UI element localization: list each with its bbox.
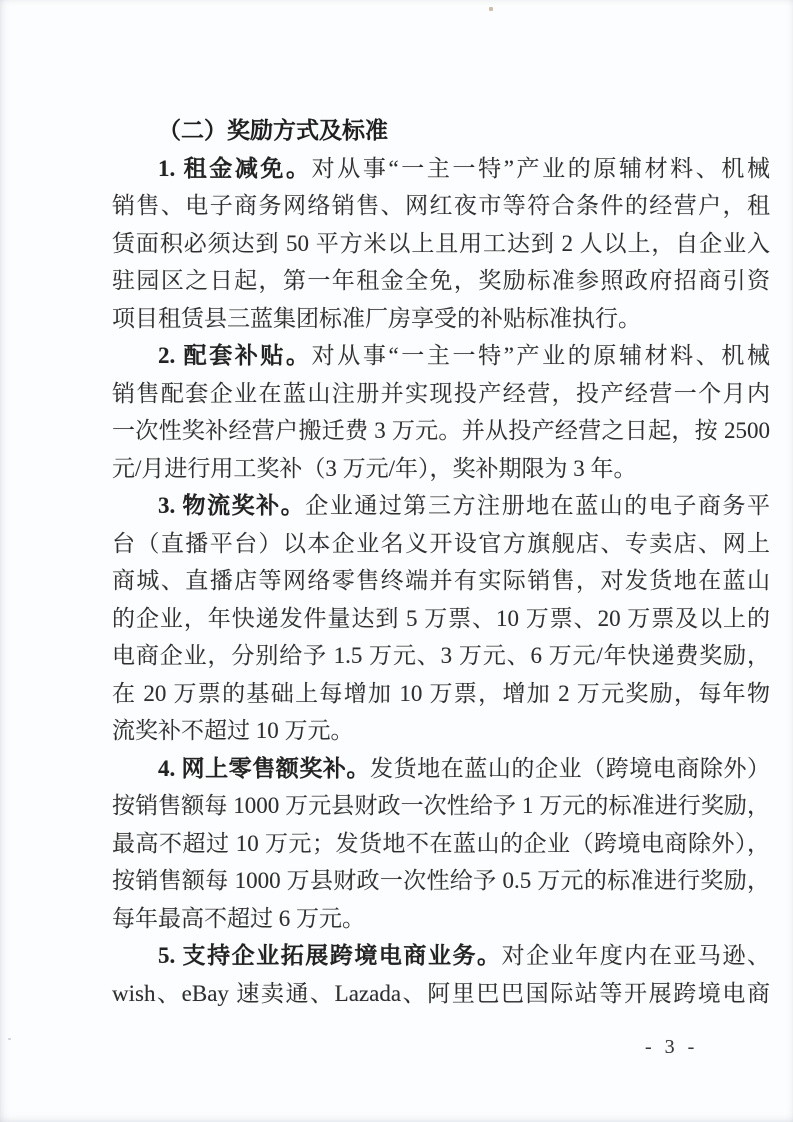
text-line: 商城、直播店等网络零售终端并有实际销售，对发货地在蓝山 [112, 562, 770, 600]
text-line: 赁面积必须达到 50 平方米以上且用工达到 2 人以上，自企业入 [112, 225, 770, 263]
paragraph: 2. 配套补贴。对从事“一主一特”产业的原辅材料、机械销售配套企业在蓝山注册并实… [112, 337, 770, 487]
text-line: 元/月进行用工奖补（3 万元/年），奖补期限为 3 年。 [112, 450, 770, 488]
scanned-document-page: （二）奖励方式及标准1. 租金减免。对从事“一主一特”产业的原辅材料、机械销售、… [0, 0, 793, 1122]
text-segment: 对从事“一主一特”产业的原辅材料、机械 [312, 156, 770, 181]
text-line: 按销售额每 1000 万元县财政一次性给予 1 万元的标准进行奖励， [112, 787, 770, 825]
text-line: 一次性奖补经营户搬迁费 3 万元。并从投产经营之日起，按 2500 [112, 412, 770, 450]
text-segment: 驻园区之日起，第一年租金全免，奖励标准参照政府招商引资 [112, 268, 770, 293]
bold-lead: 4. 网上零售额奖补。 [158, 756, 370, 781]
document-body: （二）奖励方式及标准1. 租金减免。对从事“一主一特”产业的原辅材料、机械销售、… [112, 112, 770, 1012]
page-number: - 3 - [645, 1036, 705, 1058]
bold-lead: 5. 支持企业拓展跨境电商业务。 [158, 943, 502, 968]
bold-lead: （二）奖励方式及标准 [158, 118, 388, 143]
scan-speck [489, 7, 493, 11]
section-heading: （二）奖励方式及标准 [112, 112, 770, 150]
text-segment: wish、eBay 速卖通、Lazada、阿里巴巴国际站等开展跨境电商 [112, 981, 770, 1006]
text-line: 的企业，年快递发件量达到 5 万票、10 万票、20 万票及以上的 [112, 600, 770, 638]
text-line: 每年最高不超过 6 万元。 [112, 900, 770, 938]
text-segment: 项目租赁县三蓝集团标准厂房享受的补贴标准执行。 [112, 306, 641, 331]
text-line: 4. 网上零售额奖补。发货地在蓝山的企业（跨境电商除外） [112, 750, 770, 788]
paragraph: 5. 支持企业拓展跨境电商业务。对企业年度内在亚马逊、wish、eBay 速卖通… [112, 937, 770, 1012]
text-segment: 对企业年度内在亚马逊、 [502, 943, 770, 968]
text-line: 5. 支持企业拓展跨境电商业务。对企业年度内在亚马逊、 [112, 937, 770, 975]
text-segment: 商城、直播店等网络零售终端并有实际销售，对发货地在蓝山 [112, 568, 770, 593]
text-line: 2. 配套补贴。对从事“一主一特”产业的原辅材料、机械 [112, 337, 770, 375]
text-line: 流奖补不超过 10 万元。 [112, 712, 770, 750]
text-segment: 流奖补不超过 10 万元。 [112, 718, 354, 743]
text-segment: 销售配套企业在蓝山注册并实现投产经营，投产经营一个月内 [112, 381, 770, 406]
text-line: 1. 租金减免。对从事“一主一特”产业的原辅材料、机械 [112, 150, 770, 188]
text-segment: 元/月进行用工奖补（3 万元/年），奖补期限为 3 年。 [112, 456, 637, 481]
text-segment: 每年最高不超过 6 万元。 [112, 906, 365, 931]
text-line: 驻园区之日起，第一年租金全免，奖励标准参照政府招商引资 [112, 262, 770, 300]
text-segment: 的企业，年快递发件量达到 5 万票、10 万票、20 万票及以上的 [112, 606, 770, 631]
text-segment: 发货地在蓝山的企业（跨境电商除外） [370, 756, 770, 781]
text-line: 项目租赁县三蓝集团标准厂房享受的补贴标准执行。 [112, 300, 770, 338]
text-segment: 按销售额每 1000 万县财政一次性给予 0.5 万元的标准进行奖励， [112, 868, 770, 893]
text-segment: 电商企业，分别给予 1.5 万元、3 万元、6 万元/年快递费奖励， [112, 643, 770, 668]
text-segment: 销售、电子商务网络销售、网红夜市等符合条件的经营户，租 [112, 193, 770, 218]
text-line: 销售配套企业在蓝山注册并实现投产经营，投产经营一个月内 [112, 375, 770, 413]
text-line: wish、eBay 速卖通、Lazada、阿里巴巴国际站等开展跨境电商 [112, 975, 770, 1013]
text-line: 最高不超过 10 万元；发货地不在蓝山的企业（跨境电商除外）， [112, 825, 770, 863]
text-segment: 在 20 万票的基础上每增加 10 万票，增加 2 万元奖励，每年物 [112, 681, 770, 706]
text-segment: 赁面积必须达到 50 平方米以上且用工达到 2 人以上，自企业入 [112, 231, 770, 256]
text-line: 销售、电子商务网络销售、网红夜市等符合条件的经营户，租 [112, 187, 770, 225]
text-line: 台（直播平台）以本企业名义开设官方旗舰店、专卖店、网上 [112, 525, 770, 563]
text-segment: 对从事“一主一特”产业的原辅材料、机械 [312, 343, 770, 368]
paragraph: 4. 网上零售额奖补。发货地在蓝山的企业（跨境电商除外）按销售额每 1000 万… [112, 750, 770, 938]
text-line: 在 20 万票的基础上每增加 10 万票，增加 2 万元奖励，每年物 [112, 675, 770, 713]
text-segment: 台（直播平台）以本企业名义开设官方旗舰店、专卖店、网上 [112, 531, 770, 556]
text-line: 电商企业，分别给予 1.5 万元、3 万元、6 万元/年快递费奖励， [112, 637, 770, 675]
bold-lead: 1. 租金减免。 [158, 156, 312, 181]
text-segment: 最高不超过 10 万元；发货地不在蓝山的企业（跨境电商除外）， [112, 831, 770, 856]
scan-speck [8, 1038, 11, 1040]
bold-lead: 2. 配套补贴。 [158, 343, 312, 368]
bold-lead: 3. 物流奖补。 [158, 493, 305, 518]
text-line: 3. 物流奖补。企业通过第三方注册地在蓝山的电子商务平 [112, 487, 770, 525]
text-segment: 一次性奖补经营户搬迁费 3 万元。并从投产经营之日起，按 2500 [112, 418, 770, 443]
text-line: 按销售额每 1000 万县财政一次性给予 0.5 万元的标准进行奖励， [112, 862, 770, 900]
paragraph: 1. 租金减免。对从事“一主一特”产业的原辅材料、机械销售、电子商务网络销售、网… [112, 150, 770, 338]
paragraph: 3. 物流奖补。企业通过第三方注册地在蓝山的电子商务平台（直播平台）以本企业名义… [112, 487, 770, 750]
text-line: （二）奖励方式及标准 [112, 112, 770, 150]
text-segment: 按销售额每 1000 万元县财政一次性给予 1 万元的标准进行奖励， [112, 793, 770, 818]
text-segment: 企业通过第三方注册地在蓝山的电子商务平 [305, 493, 770, 518]
